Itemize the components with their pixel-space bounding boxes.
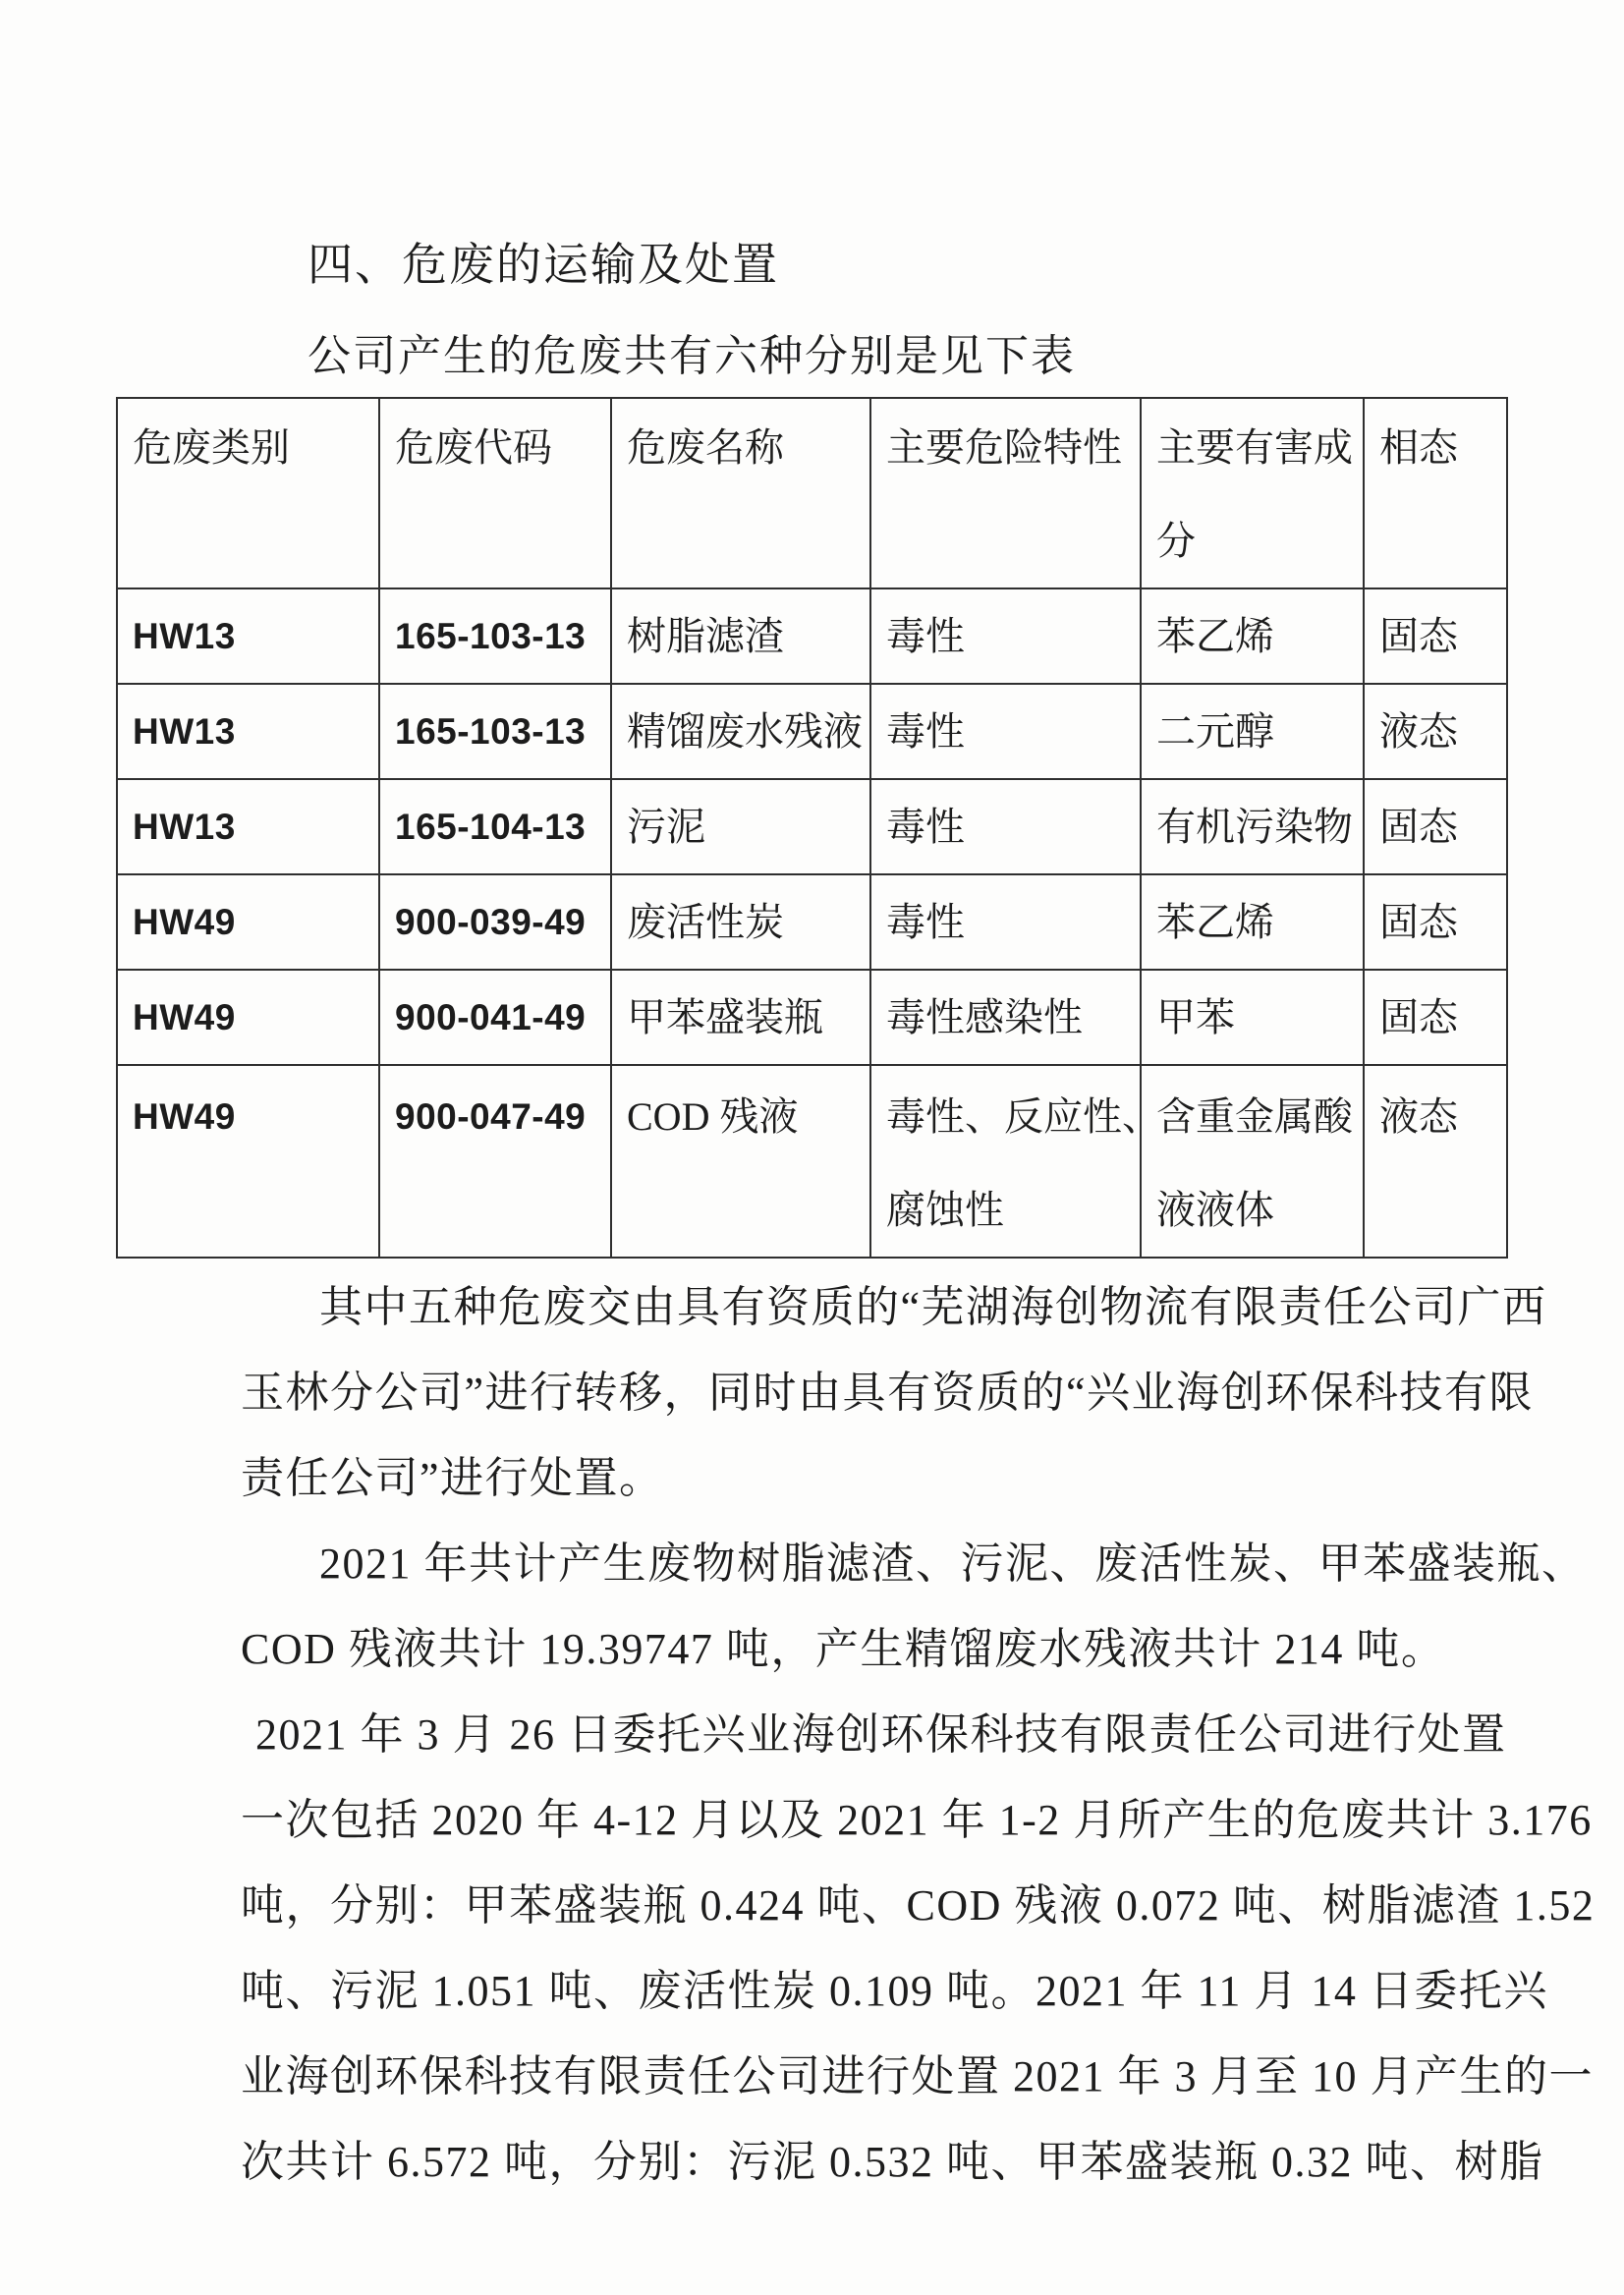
- cell-phase: 液态: [1364, 1065, 1507, 1258]
- table-row: HW49 900-041-49 甲苯盛装瓶 毒性感染性 甲苯 固态: [117, 970, 1507, 1065]
- table-row: HW13 165-103-13 树脂滤渣 毒性 苯乙烯 固态: [117, 588, 1507, 684]
- paragraph-line: 责任公司”进行处置。: [241, 1435, 1518, 1521]
- paragraph-line: 次共计 6.572 吨，分别：污泥 0.532 吨、甲苯盛装瓶 0.32 吨、树…: [241, 2119, 1518, 2205]
- header-hazard-characteristic: 主要危险特性: [870, 398, 1141, 588]
- cell-name: 甲苯盛装瓶: [611, 970, 870, 1065]
- cell-phase: 固态: [1364, 779, 1507, 874]
- cell-hazard: 毒性、反应性、 腐蚀性: [870, 1065, 1141, 1258]
- cell-category: HW13: [117, 588, 379, 684]
- paragraph-line: 其中五种危废交由具有资质的“芜湖海创物流有限责任公司广西: [241, 1264, 1518, 1350]
- cell-hazard: 毒性: [870, 779, 1141, 874]
- cell-code: 165-104-13: [379, 779, 611, 874]
- cell-code: 165-103-13: [379, 684, 611, 779]
- hazardous-waste-table: 危废类别 危废代码 危废名称 主要危险特性 主要有害成 分 相态 HW13 16…: [116, 397, 1508, 1259]
- cell-phase: 液态: [1364, 684, 1507, 779]
- cell-hazard: 毒性: [870, 874, 1141, 970]
- cell-code: 165-103-13: [379, 588, 611, 684]
- cell-hazard: 毒性: [870, 588, 1141, 684]
- table-row: HW49 900-047-49 COD 残液 毒性、反应性、 腐蚀性 含重金属酸…: [117, 1065, 1507, 1258]
- cell-category: HW49: [117, 1065, 379, 1258]
- cell-code: 900-047-49: [379, 1065, 611, 1258]
- cell-name: COD 残液: [611, 1065, 870, 1258]
- cell-category: HW13: [117, 779, 379, 874]
- header-waste-name: 危废名称: [611, 398, 870, 588]
- paragraph-line: 一次包括 2020 年 4-12 月以及 2021 年 1-2 月所产生的危废共…: [241, 1777, 1518, 1863]
- table-row: HW49 900-039-49 废活性炭 毒性 苯乙烯 固态: [117, 874, 1507, 970]
- cell-code: 900-039-49: [379, 874, 611, 970]
- intro-line: 公司产生的危废共有六种分别是见下表: [308, 334, 1624, 379]
- paragraph-line: 玉林分公司”进行转移，同时由具有资质的“兴业海创环保科技有限: [241, 1350, 1518, 1435]
- paragraph-line: 2021 年 3 月 26 日委托兴业海创环保科技有限责任公司进行处置: [241, 1692, 1518, 1777]
- cell-component: 二元醇: [1141, 684, 1364, 779]
- table-header-row: 危废类别 危废代码 危废名称 主要危险特性 主要有害成 分 相态: [117, 398, 1507, 588]
- paragraph-line: 吨，分别：甲苯盛装瓶 0.424 吨、COD 残液 0.072 吨、树脂滤渣 1…: [241, 1863, 1518, 1948]
- table-row: HW13 165-104-13 污泥 毒性 有机污染物 固态: [117, 779, 1507, 874]
- cell-name: 树脂滤渣: [611, 588, 870, 684]
- paragraph-line: 2021 年共计产生废物树脂滤渣、污泥、废活性炭、甲苯盛装瓶、: [241, 1521, 1518, 1606]
- paragraph-line: 吨、污泥 1.051 吨、废活性炭 0.109 吨。2021 年 11 月 14…: [241, 1948, 1518, 2034]
- header-harmful-component: 主要有害成 分: [1141, 398, 1364, 588]
- cell-component: 有机污染物: [1141, 779, 1364, 874]
- cell-name: 废活性炭: [611, 874, 870, 970]
- document-page: 四、危废的运输及处置 公司产生的危废共有六种分别是见下表 危废类别 危废代码 危…: [0, 0, 1624, 2205]
- cell-name: 精馏废水残液: [611, 684, 870, 779]
- cell-category: HW13: [117, 684, 379, 779]
- header-waste-category: 危废类别: [117, 398, 379, 588]
- table-row: HW13 165-103-13 精馏废水残液 毒性 二元醇 液态: [117, 684, 1507, 779]
- cell-component: 含重金属酸 液液体: [1141, 1065, 1364, 1258]
- cell-phase: 固态: [1364, 874, 1507, 970]
- cell-name: 污泥: [611, 779, 870, 874]
- cell-phase: 固态: [1364, 588, 1507, 684]
- cell-component: 苯乙烯: [1141, 874, 1364, 970]
- cell-category: HW49: [117, 970, 379, 1065]
- body-text: 其中五种危废交由具有资质的“芜湖海创物流有限责任公司广西 玉林分公司”进行转移，…: [241, 1264, 1518, 2205]
- header-phase-state: 相态: [1364, 398, 1507, 588]
- cell-component: 甲苯: [1141, 970, 1364, 1065]
- paragraph-line: COD 残液共计 19.39747 吨，产生精馏废水残液共计 214 吨。: [241, 1606, 1518, 1692]
- cell-category: HW49: [117, 874, 379, 970]
- cell-phase: 固态: [1364, 970, 1507, 1065]
- cell-component: 苯乙烯: [1141, 588, 1364, 684]
- cell-code: 900-041-49: [379, 970, 611, 1065]
- header-waste-code: 危废代码: [379, 398, 611, 588]
- section-heading: 四、危废的运输及处置: [308, 242, 1624, 289]
- cell-hazard: 毒性: [870, 684, 1141, 779]
- cell-hazard: 毒性感染性: [870, 970, 1141, 1065]
- paragraph-line: 业海创环保科技有限责任公司进行处置 2021 年 3 月至 10 月产生的一: [241, 2034, 1518, 2119]
